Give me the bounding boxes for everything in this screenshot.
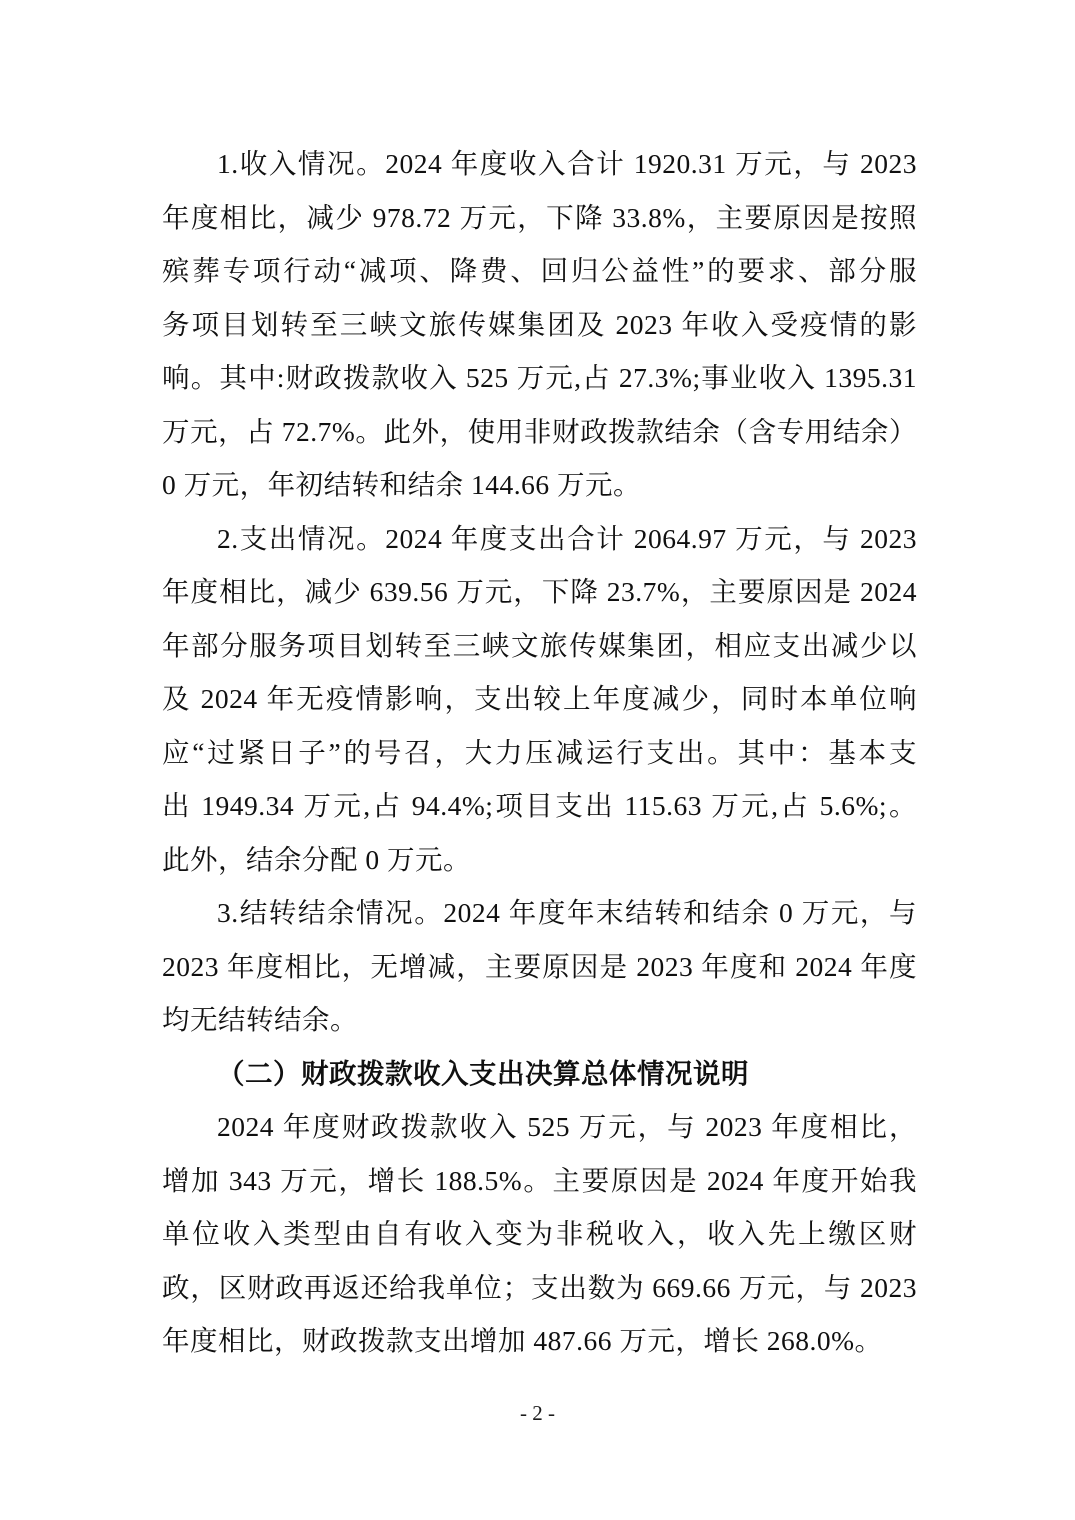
page-number: - 2 - bbox=[0, 1398, 1075, 1428]
paragraph-line: 响。其中:财政拨款收入 525 万元,占 27.3%;事业收入 1395.31 bbox=[162, 351, 917, 405]
text-block: 1.收入情况。2024 年度收入合计 1920.31 万元，与 2023年度相比… bbox=[162, 137, 917, 1368]
paragraph-line: 年部分服务项目划转至三峡文旅传媒集团，相应支出减少以 bbox=[162, 619, 917, 673]
paragraph-line: 均无结转结余。 bbox=[162, 993, 917, 1047]
paragraph-line: 2023 年度相比，无增减，主要原因是 2023 年度和 2024 年度 bbox=[162, 940, 917, 994]
fiscal-appropriation-paragraph: 2024 年度财政拨款收入 525 万元，与 2023 年度相比，增加 343 … bbox=[162, 1100, 917, 1368]
expenditure-situation-paragraph: 2.支出情况。2024 年度支出合计 2064.97 万元，与 2023年度相比… bbox=[162, 512, 917, 887]
paragraph-line: 出 1949.34 万元,占 94.4%;项目支出 115.63 万元,占 5.… bbox=[162, 779, 917, 833]
paragraph-line: 此外，结余分配 0 万元。 bbox=[162, 833, 917, 887]
section-heading-line: （二）财政拨款收入支出决算总体情况说明 bbox=[162, 1047, 917, 1101]
income-situation-paragraph: 1.收入情况。2024 年度收入合计 1920.31 万元，与 2023年度相比… bbox=[162, 137, 917, 512]
paragraph-line: 3.结转结余情况。2024 年度年末结转和结余 0 万元，与 bbox=[162, 886, 917, 940]
paragraph-line: 应“过紧日子”的号召，大力压减运行支出。其中：基本支 bbox=[162, 726, 917, 780]
paragraph-line: 年度相比，减少 978.72 万元，下降 33.8%，主要原因是按照 bbox=[162, 191, 917, 245]
paragraph-line: 1.收入情况。2024 年度收入合计 1920.31 万元，与 2023 bbox=[162, 137, 917, 191]
paragraph-line: 年度相比，减少 639.56 万元，下降 23.7%，主要原因是 2024 bbox=[162, 565, 917, 619]
document-page: 1.收入情况。2024 年度收入合计 1920.31 万元，与 2023年度相比… bbox=[0, 0, 1075, 1520]
paragraph-line: 及 2024 年无疫情影响，支出较上年度减少，同时本单位响 bbox=[162, 672, 917, 726]
section-two-heading: （二）财政拨款收入支出决算总体情况说明 bbox=[162, 1047, 917, 1101]
paragraph-line: 政，区财政再返还给我单位；支出数为 669.66 万元，与 2023 bbox=[162, 1261, 917, 1315]
paragraph-line: 增加 343 万元，增长 188.5%。主要原因是 2024 年度开始我 bbox=[162, 1154, 917, 1208]
paragraph-line: 万元，占 72.7%。此外，使用非财政拨款结余（含专用结余） bbox=[162, 405, 917, 459]
paragraph-line: 2024 年度财政拨款收入 525 万元，与 2023 年度相比， bbox=[162, 1100, 917, 1154]
paragraph-line: 殡葬专项行动“减项、降费、回归公益性”的要求、部分服 bbox=[162, 244, 917, 298]
paragraph-line: 2.支出情况。2024 年度支出合计 2064.97 万元，与 2023 bbox=[162, 512, 917, 566]
paragraph-line: 单位收入类型由自有收入变为非税收入，收入先上缴区财 bbox=[162, 1207, 917, 1261]
carryover-balance-paragraph: 3.结转结余情况。2024 年度年末结转和结余 0 万元，与2023 年度相比，… bbox=[162, 886, 917, 1047]
paragraph-line: 务项目划转至三峡文旅传媒集团及 2023 年收入受疫情的影 bbox=[162, 298, 917, 352]
paragraph-line: 年度相比，财政拨款支出增加 487.66 万元，增长 268.0%。 bbox=[162, 1314, 917, 1368]
paragraph-line: 0 万元，年初结转和结余 144.66 万元。 bbox=[162, 458, 917, 512]
